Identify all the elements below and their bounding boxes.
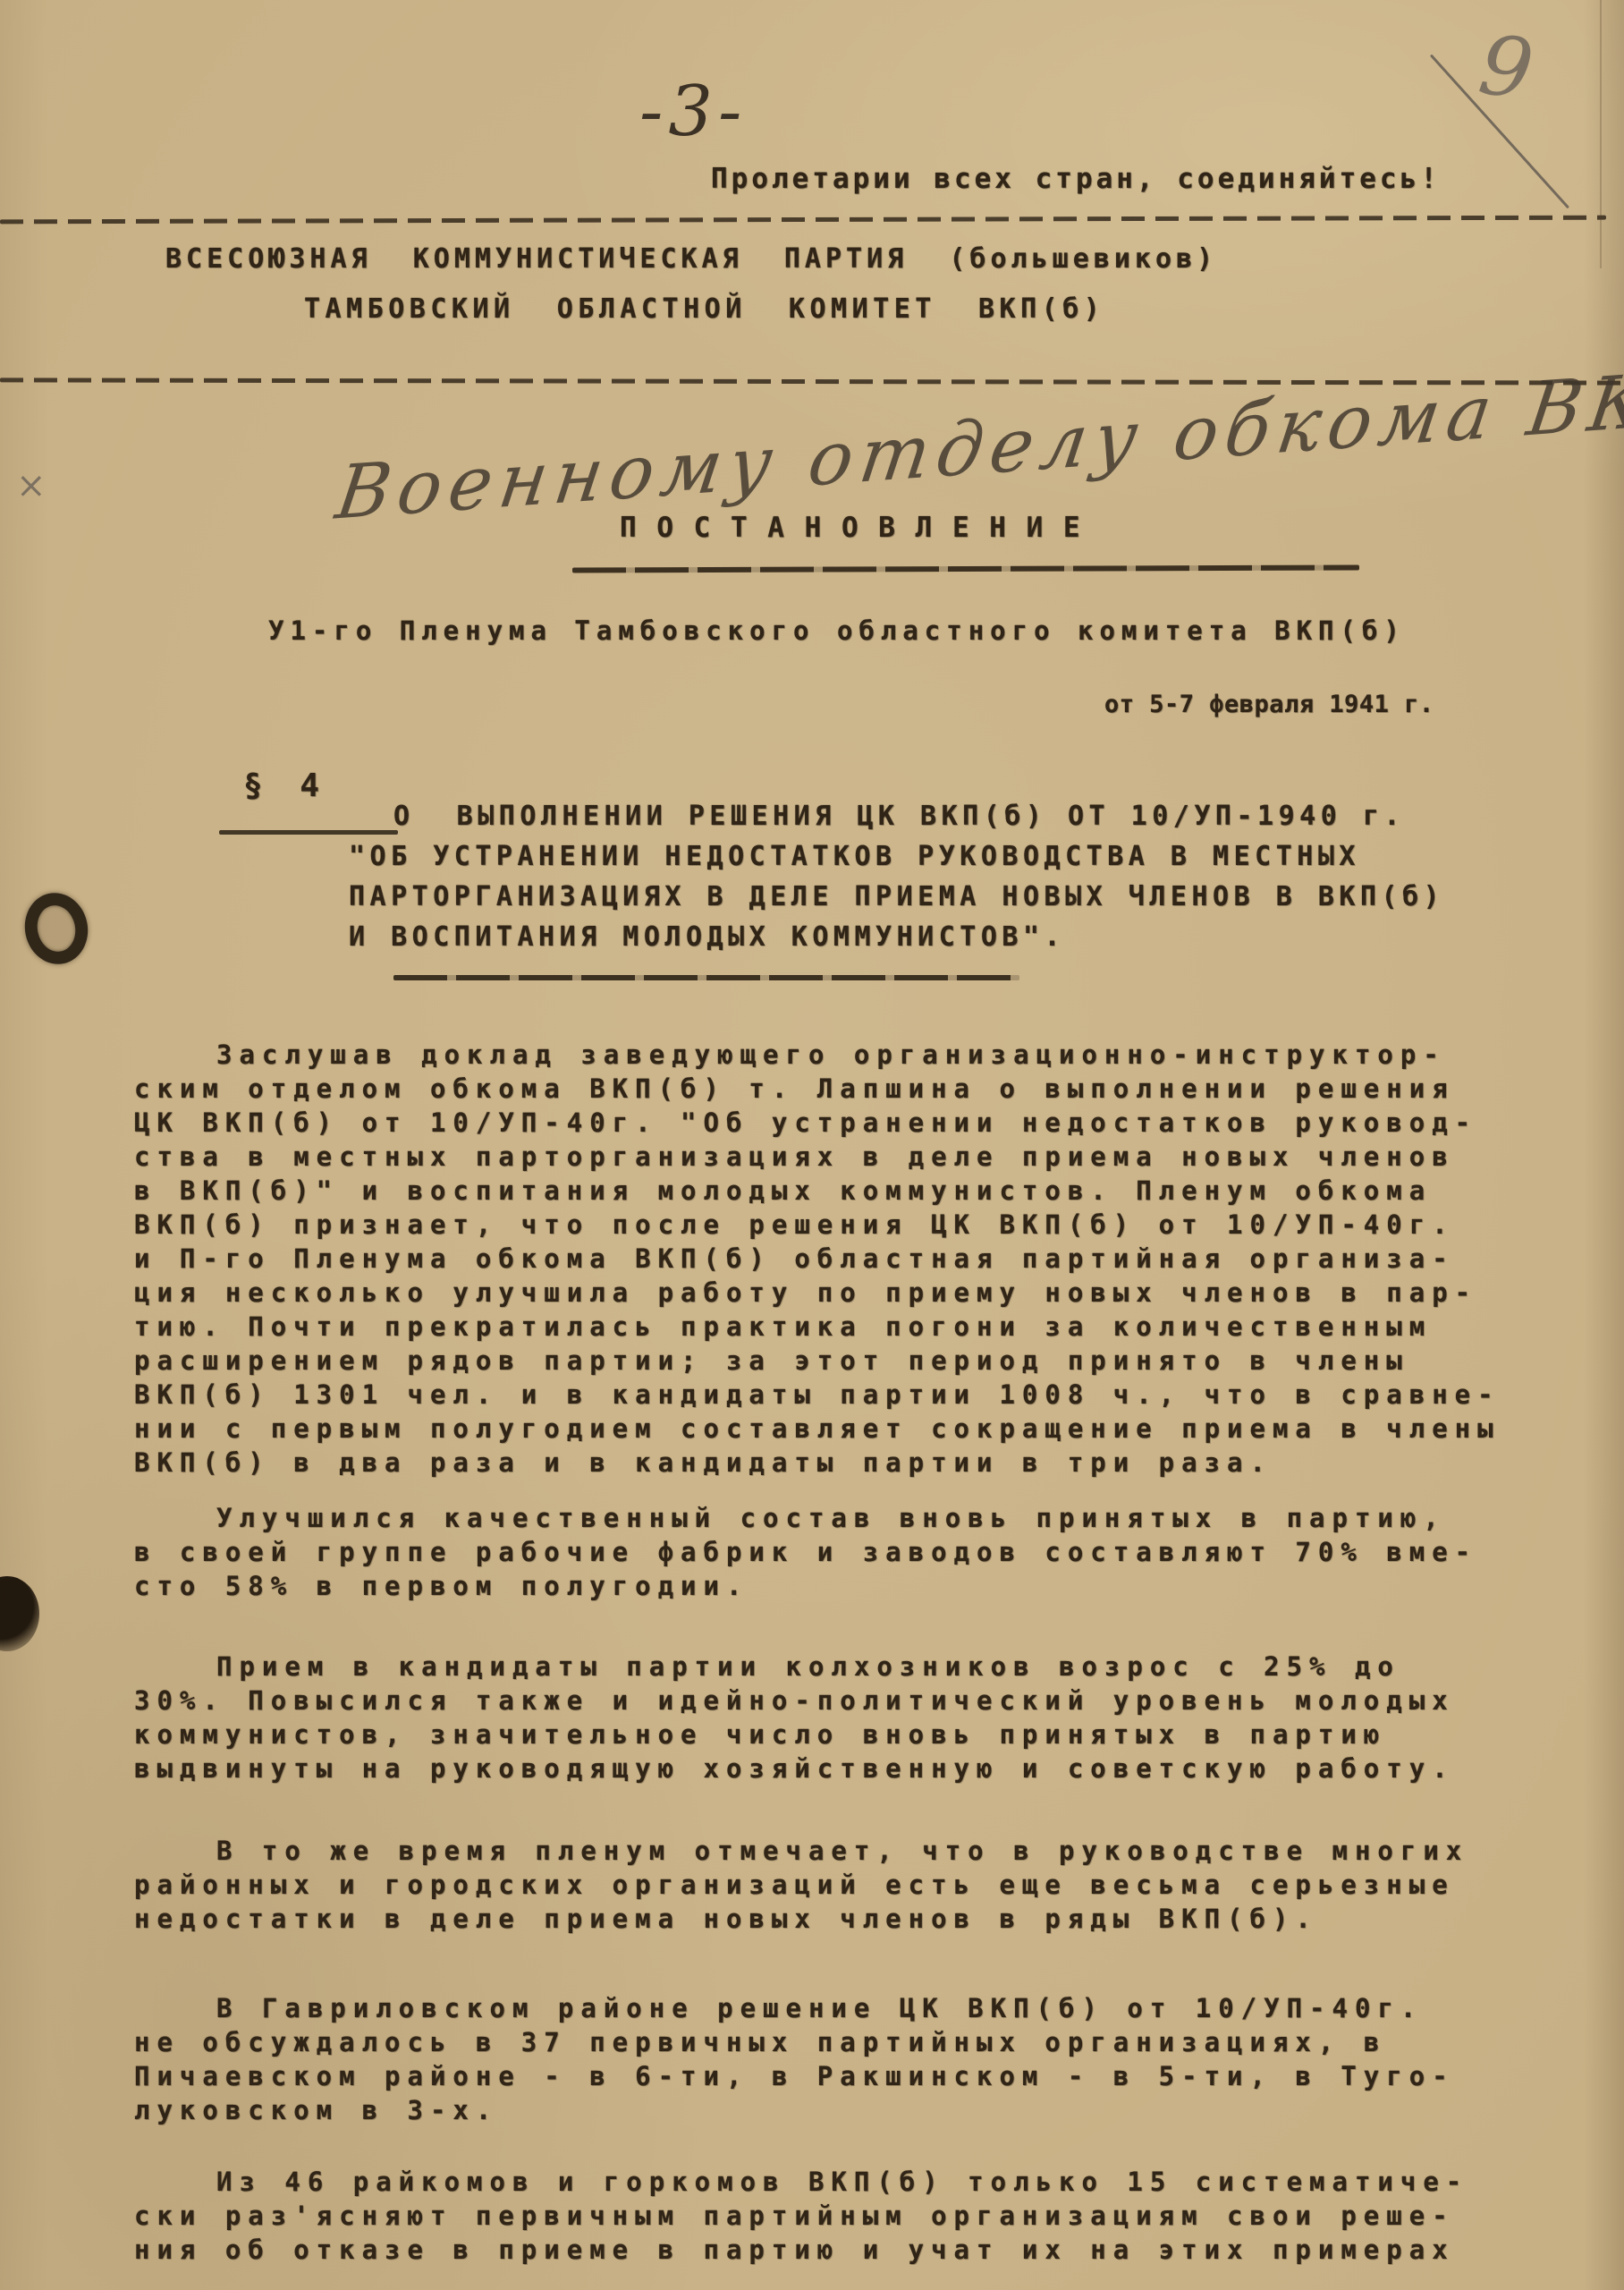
paper-crease — [1600, 0, 1602, 268]
org-name-line1: ВСЕСОЮЗНАЯ КОММУНИСТИЧЕСКАЯ ПАРТИЯ (боль… — [165, 243, 1217, 275]
paragraph-6: Из 46 райкомов и горкомов ВКП(б) только … — [134, 2165, 1601, 2267]
slogan: Пролетарии всех стран, соединяйтесь! — [711, 163, 1441, 195]
doc-date: от 5-7 февраля 1941 г. — [1104, 691, 1434, 718]
title-line-2: "ОБ УСТРАНЕНИИ НЕДОСТАТКОВ РУКОВОДСТВА В… — [349, 841, 1360, 872]
paragraph-5: В Гавриловском районе решение ЦК ВКП(б) … — [134, 1991, 1601, 2127]
section-number: § 4 — [243, 768, 328, 804]
ink-blot-crescent — [0, 1576, 39, 1651]
title-line-1: О ВЫПОЛНЕНИИ РЕШЕНИЯ ЦК ВКП(б) ОТ 10/УП-… — [393, 801, 1405, 832]
heading-underline — [572, 564, 1359, 572]
corner-mark: 9 — [1474, 16, 1539, 118]
paragraph-3: Прием в кандидаты партии колхозников воз… — [134, 1650, 1601, 1785]
doc-type-heading: П О С Т А Н О В Л Е Н И Е — [620, 512, 1082, 544]
margin-x-mark: × — [16, 465, 47, 506]
paragraph-1: Заслушав доклад заведующего организацион… — [134, 1038, 1601, 1480]
page-number: -3- — [639, 72, 747, 152]
org-name-line2: ТАМБОВСКИЙ ОБЛАСТНОЙ КОМИТЕТ ВКП(б) — [304, 293, 1104, 325]
title-line-4: И ВОСПИТАНИЯ МОЛОДЫХ КОММУНИСТОВ". — [349, 921, 1065, 953]
section-underline — [219, 830, 398, 835]
paragraph-4: В то же время пленум отмечает, что в рук… — [134, 1834, 1601, 1936]
title-line-3: ПАРТОРГАНИЗАЦИЯХ В ДЕЛЕ ПРИЕМА НОВЫХ ЧЛЕ… — [349, 881, 1444, 912]
scanned-document-page: 9 -3- Пролетарии всех стран, соединяйтес… — [0, 0, 1624, 2290]
doc-subtitle: У1-го Пленума Тамбовского областного ком… — [268, 615, 1406, 646]
title-underline — [393, 975, 1019, 980]
ink-blot-ring — [18, 887, 94, 971]
divider-rule-top — [0, 216, 1606, 225]
paragraph-2: Улучшился качественный состав вновь прин… — [134, 1501, 1601, 1603]
